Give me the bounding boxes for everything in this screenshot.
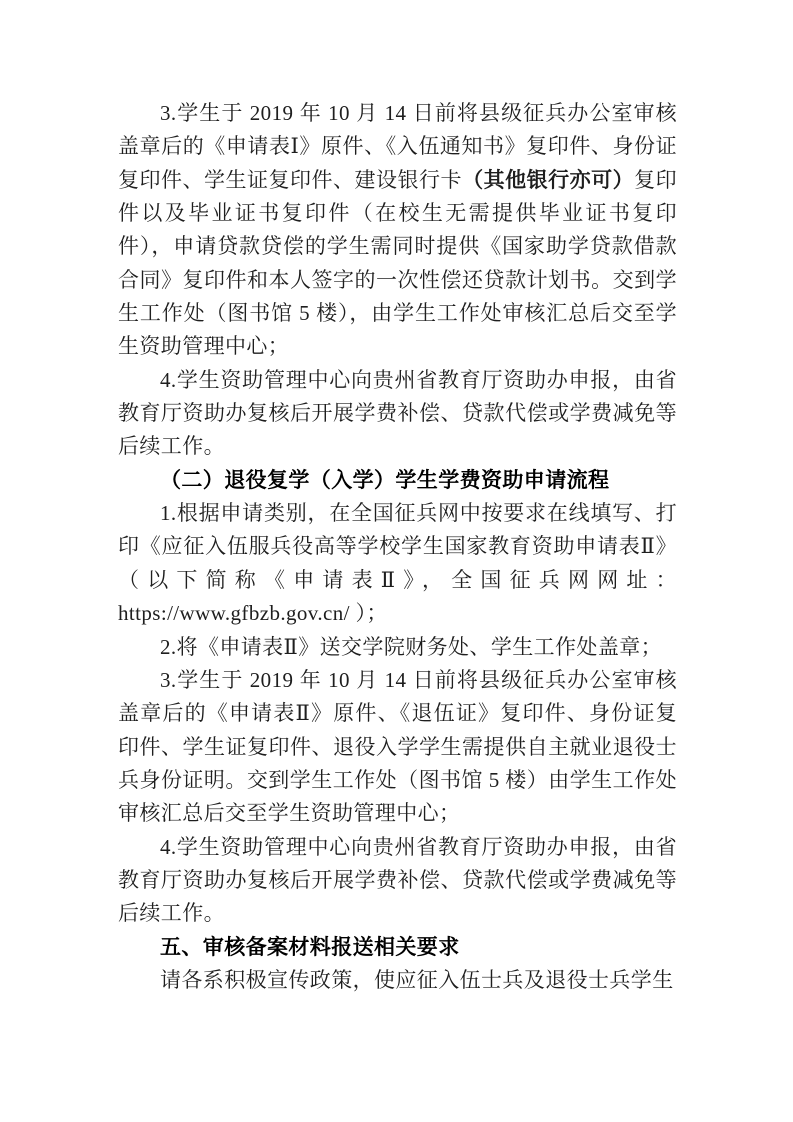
paragraph-veteran-step4: 4.学生资助管理中心向贵州省教育厅资助办申报，由省教育厅资助办复核后开展学费补偿… (118, 831, 677, 931)
paragraph-closing-line: 请各系积极宣传政策，使应征入伍士兵及退役士兵学生 (118, 964, 677, 997)
enlistment-website-url: https://www.gfbzb.gov.cn/ (118, 601, 350, 625)
paragraph-active-duty-step4: 4.学生资助管理中心向贵州省教育厅资助办申报，由省教育厅资助办复核后开展学费补偿… (118, 364, 677, 464)
paragraph-text: 复印件以及毕业证书复印件（在校生无需提供毕业证书复印件），申请贷款贷偿的学生需同… (118, 168, 677, 359)
paragraph-active-duty-step3: 3.学生于 2019 年 10 月 14 日前将县级征兵办公室审核盖章后的《申请… (118, 97, 677, 364)
paragraph-text: ）； (350, 601, 388, 625)
paragraph-veteran-step2: 2.将《申请表Ⅱ》送交学院财务处、学生工作处盖章； (118, 631, 677, 664)
paragraph-text: 1.根据申请类别，在全国征兵网中按要求在线填写、打印《应征入伍服兵役高等学校学生… (118, 501, 677, 592)
bold-note-other-banks: （其他银行亦可） (462, 169, 634, 192)
paragraph-veteran-step3: 3.学生于 2019 年 10 月 14 日前将县级征兵办公室审核盖章后的《申请… (118, 664, 677, 831)
document-content: 3.学生于 2019 年 10 月 14 日前将县级征兵办公室审核盖章后的《申请… (118, 97, 677, 997)
section-heading-materials-requirements: 五、审核备案材料报送相关要求 (118, 931, 677, 964)
document-page: 3.学生于 2019 年 10 月 14 日前将县级征兵办公室审核盖章后的《申请… (0, 0, 793, 1122)
paragraph-veteran-step1: 1.根据申请类别，在全国征兵网中按要求在线填写、打印《应征入伍服兵役高等学校学生… (118, 497, 677, 630)
section-heading-veteran-flow: （二）退役复学（入学）学生学费资助申请流程 (118, 464, 677, 497)
